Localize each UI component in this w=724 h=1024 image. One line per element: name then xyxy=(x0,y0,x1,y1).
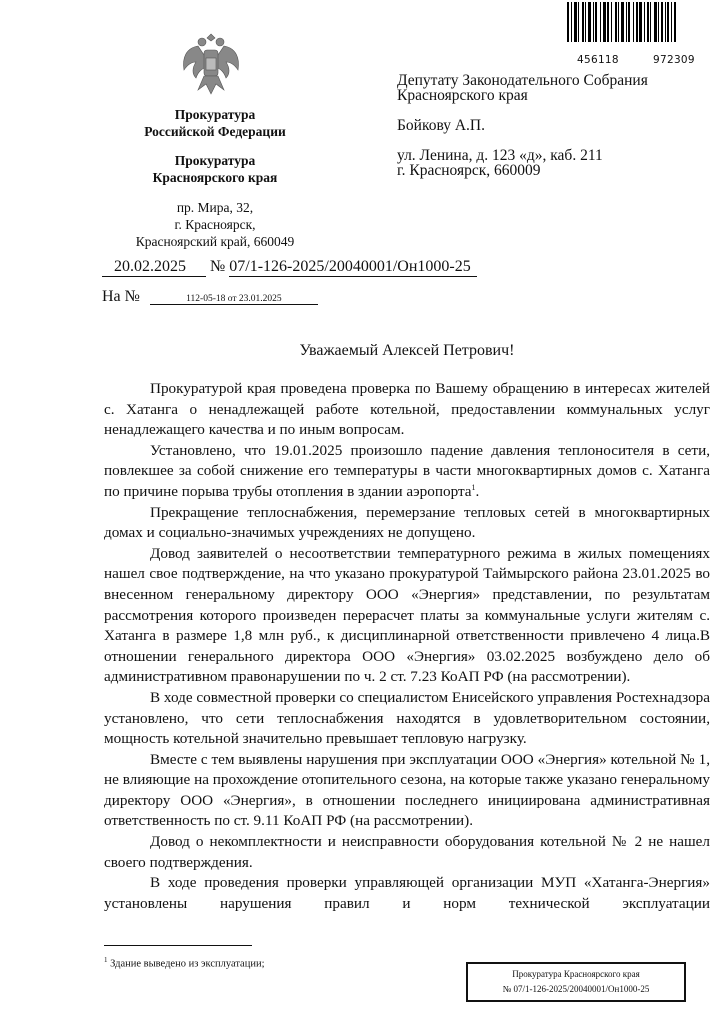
recipient-name: Бойкову А.П. xyxy=(397,118,717,133)
salutation: Уважаемый Алексей Петрович! xyxy=(0,342,724,360)
barcode: 456118 972309 xyxy=(567,2,709,54)
sender-address-line: Красноярский край, 660049 xyxy=(110,233,320,250)
body-paragraph: В ходе проведения проверки управляющей о… xyxy=(104,873,710,914)
outgoing-number: 07/1-126-2025/20040001/Он1000-25 xyxy=(229,258,476,277)
barcode-bars xyxy=(567,2,709,42)
body-paragraph: Установлено, что 19.01.2025 произошло па… xyxy=(104,441,710,503)
stamp-number: № 07/1-126-2025/20040001/Он1000-25 xyxy=(468,982,684,997)
footnote-divider xyxy=(104,945,252,946)
reply-reference: На № 112-05-18 от 23.01.2025 xyxy=(102,288,318,306)
coat-of-arms-icon xyxy=(178,28,244,98)
registration-stamp: Прокуратура Красноярского края № 07/1-12… xyxy=(466,962,686,1002)
body-paragraph: Вместе с тем выявлены нарушения при эксп… xyxy=(104,750,710,832)
reply-value: 112-05-18 от 23.01.2025 xyxy=(150,294,318,305)
outgoing-registration: 20.02.2025 № 07/1-126-2025/20040001/Он10… xyxy=(102,258,477,277)
recipient-title-line2: Красноярского края xyxy=(397,88,717,103)
org-name-regional: Прокуратура Красноярского края xyxy=(110,152,320,186)
barcode-digits-left: 456118 xyxy=(577,54,619,66)
org-federal-line2: Российской Федерации xyxy=(110,123,320,140)
body-paragraph-text: Установлено, что 19.01.2025 произошло па… xyxy=(104,442,710,500)
body-paragraph: Прекращение теплоснабжения, перемерзание… xyxy=(104,503,710,544)
footnote: 1 Здание выведено из эксплуатации; xyxy=(104,956,265,970)
stamp-org: Прокуратура Красноярского края xyxy=(468,967,684,982)
body-paragraph: Прокуратурой края проведена проверка по … xyxy=(104,379,710,441)
body-paragraph: Довод заявителей о несоответствии темпер… xyxy=(104,544,710,688)
sender-address-line: пр. Мира, 32, xyxy=(110,199,320,216)
recipient-address: ул. Ленина, д. 123 «д», каб. 211 г. Крас… xyxy=(397,148,717,178)
org-name-federal: Прокуратура Российской Федерации xyxy=(110,106,320,140)
recipient-title: Депутату Законодательного Собрания Красн… xyxy=(397,73,717,103)
recipient-title-line1: Депутату Законодательного Собрания xyxy=(397,73,717,88)
org-federal-line1: Прокуратура xyxy=(110,106,320,123)
recipient-city: г. Красноярск, 660009 xyxy=(397,163,717,178)
sender-address-line: г. Красноярск, xyxy=(110,216,320,233)
body-paragraph: В ходе совместной проверки со специалист… xyxy=(104,688,710,750)
org-regional-line2: Красноярского края xyxy=(110,169,320,186)
barcode-digits-right: 972309 xyxy=(653,54,695,66)
footnote-text: Здание выведено из эксплуатации; xyxy=(108,959,265,970)
reply-label: На № xyxy=(102,288,140,305)
outgoing-date: 20.02.2025 xyxy=(102,258,206,277)
number-sign: № xyxy=(210,258,225,275)
org-regional-line1: Прокуратура xyxy=(110,152,320,169)
body-paragraph-end: . xyxy=(476,483,480,500)
letter-body: Прокуратурой края проведена проверка по … xyxy=(104,379,710,914)
sender-address: пр. Мира, 32, г. Красноярск, Красноярски… xyxy=(110,199,320,250)
body-paragraph: Довод о некомплектности и неисправности … xyxy=(104,832,710,873)
recipient-street: ул. Ленина, д. 123 «д», каб. 211 xyxy=(397,148,717,163)
